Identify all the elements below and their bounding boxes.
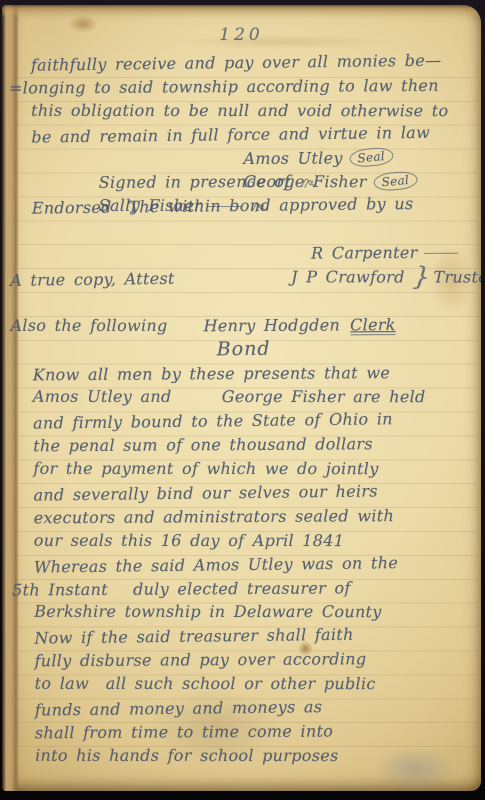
manuscript-line: =longing to said township according to l… xyxy=(9,74,463,101)
seal-mark: Seal xyxy=(349,146,394,168)
manuscript-line: into his hands for school purposes xyxy=(35,744,467,768)
signer-signature: Amos UtleySeal xyxy=(243,146,393,171)
signature-row: Signed in presence of Amos UtleySeal xyxy=(31,145,463,172)
manuscript-line: this obligation to be null and void othe… xyxy=(31,99,463,123)
trustee-signature-row: J P Crawford}Trustees xyxy=(224,241,464,265)
ledger-page: 120 faithfully receive and pay over all … xyxy=(2,5,481,791)
page-top-edge xyxy=(2,5,481,18)
ledger-photo: 120 faithfully receive and pay over all … xyxy=(0,0,485,800)
signer-name: Amos Utley xyxy=(243,148,342,168)
manuscript-line: to law all such school or other public xyxy=(35,672,467,696)
trustee-signature-row: R Carpenter xyxy=(244,217,464,242)
manuscript-line: the penal sum of one thousand dollars xyxy=(33,432,465,459)
manuscript-line: 5th Instant duly elected treasurer of xyxy=(12,575,466,602)
manuscript-line: fully disburse and pay over according xyxy=(34,647,466,674)
signature-row: Sally Fisher George FisherSeal xyxy=(32,170,464,194)
manuscript-line: for the payment of which we do jointly xyxy=(33,457,465,481)
manuscript-line: Amos Utley and George Fisher are held xyxy=(33,385,465,409)
signer-signature: George FisherSeal xyxy=(244,170,418,194)
also-following-line: Also the following xyxy=(10,314,464,338)
seal-mark: Seal xyxy=(373,171,418,193)
manuscript-line: Know all men by these presents that we xyxy=(33,360,465,387)
page-number: 120 xyxy=(2,25,481,45)
manuscript-line: executors and administrators sealed with xyxy=(34,504,466,531)
manuscript-line: our seals this 16 day of April 1841 xyxy=(34,529,466,553)
manuscript-text: faithfully receive and pay over all moni… xyxy=(31,50,467,769)
manuscript-line: Berkshire township in Delaware County xyxy=(34,600,466,624)
manuscript-line: shall from time to time come into xyxy=(35,719,467,746)
binding-edge xyxy=(2,5,19,791)
signer-name: George Fisher xyxy=(244,172,367,191)
clerk-signature-row: Henry HodgdenClerk xyxy=(136,289,464,315)
